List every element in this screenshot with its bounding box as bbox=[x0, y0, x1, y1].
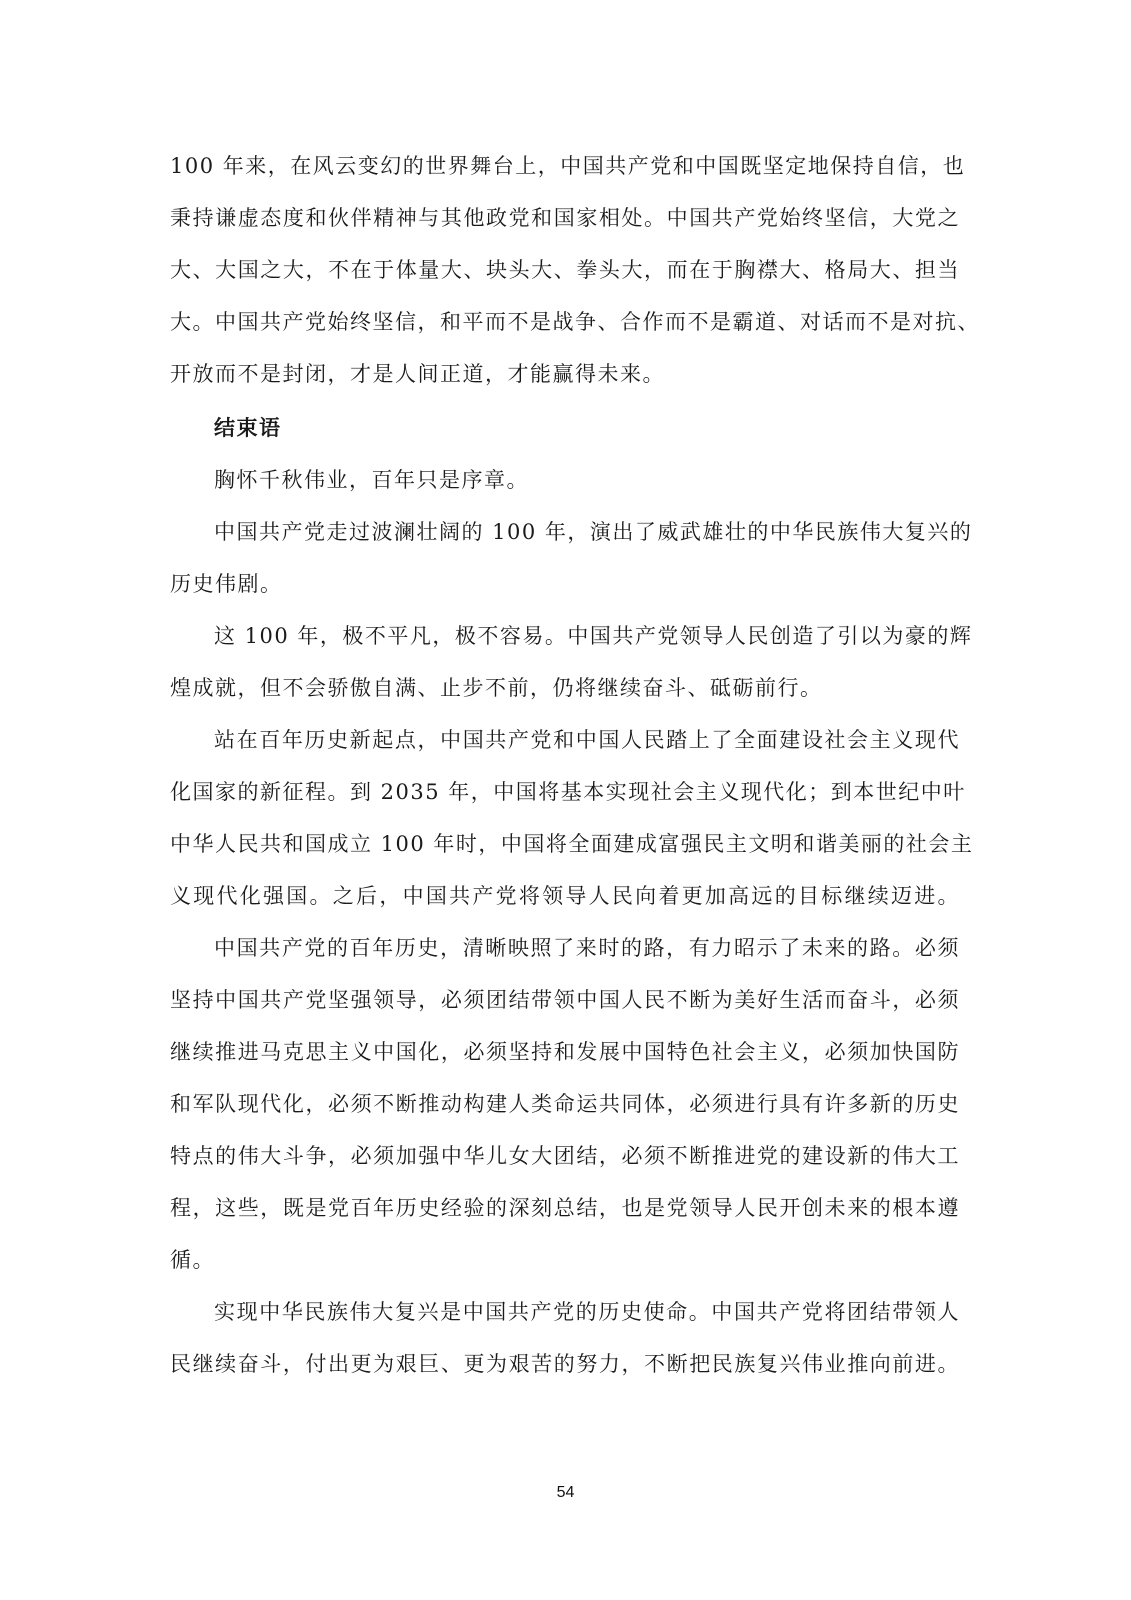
paragraph-line: 胸怀千秋伟业，百年只是序章。 bbox=[214, 460, 529, 500]
paragraph-line: 继续推进马克思主义中国化，必须坚持和发展中国特色社会主义，必须加快国防 bbox=[170, 1032, 960, 1072]
paragraph-line: 大、大国之大，不在于体量大、块头大、拳头大，而在于胸襟大、格局大、担当 bbox=[170, 250, 960, 290]
paragraph-line: 特点的伟大斗争，必须加强中华儿女大团结，必须不断推进党的建设新的伟大工 bbox=[170, 1136, 960, 1176]
paragraph-line: 100 年来，在风云变幻的世界舞台上，中国共产党和中国既坚定地保持自信，也 bbox=[170, 146, 960, 186]
paragraph-line: 大。中国共产党始终坚信，和平而不是战争、合作而不是霸道、对话而不是对抗、 bbox=[170, 302, 960, 342]
paragraph-line: 实现中华民族伟大复兴是中国共产党的历史使命。中国共产党将团结带领人 bbox=[214, 1292, 960, 1332]
paragraph-line: 中华人民共和国成立 100 年时，中国将全面建成富强民主文明和谐美丽的社会主 bbox=[170, 824, 960, 864]
paragraph-line: 和军队现代化，必须不断推动构建人类命运共同体，必须进行具有许多新的历史 bbox=[170, 1084, 960, 1124]
paragraph-line: 中国共产党的百年历史，清晰映照了来时的路，有力昭示了未来的路。必须 bbox=[214, 928, 960, 968]
paragraph-line: 循。 bbox=[170, 1240, 215, 1280]
paragraph-line: 民继续奋斗，付出更为艰巨、更为艰苦的努力，不断把民族复兴伟业推向前进。 bbox=[170, 1344, 960, 1384]
paragraph-line: 义现代化强国。之后，中国共产党将领导人民向着更加高远的目标继续迈进。 bbox=[170, 876, 960, 916]
paragraph-line: 这 100 年，极不平凡，极不容易。中国共产党领导人民创造了引以为豪的辉 bbox=[214, 616, 960, 656]
section-heading: 结束语 bbox=[214, 408, 282, 448]
paragraph-line: 秉持谦虚态度和伙伴精神与其他政党和国家相处。中国共产党始终坚信，大党之 bbox=[170, 198, 960, 238]
paragraph-line: 程，这些，既是党百年历史经验的深刻总结，也是党领导人民开创未来的根本遵 bbox=[170, 1188, 960, 1228]
paragraph-line: 煌成就，但不会骄傲自满、止步不前，仍将继续奋斗、砥砺前行。 bbox=[170, 668, 823, 708]
paragraph-line: 站在百年历史新起点，中国共产党和中国人民踏上了全面建设社会主义现代 bbox=[214, 720, 960, 760]
page-number: 54 bbox=[0, 1484, 1131, 1502]
paragraph-line: 坚持中国共产党坚强领导，必须团结带领中国人民不断为美好生活而奋斗，必须 bbox=[170, 980, 960, 1020]
paragraph-line: 化国家的新征程。到 2035 年，中国将基本实现社会主义现代化；到本世纪中叶 bbox=[170, 772, 960, 812]
paragraph-line: 历史伟剧。 bbox=[170, 564, 283, 604]
paragraph-line: 中国共产党走过波澜壮阔的 100 年，演出了威武雄壮的中华民族伟大复兴的 bbox=[214, 512, 960, 552]
paragraph-line: 开放而不是封闭，才是人间正道，才能赢得未来。 bbox=[170, 354, 665, 394]
